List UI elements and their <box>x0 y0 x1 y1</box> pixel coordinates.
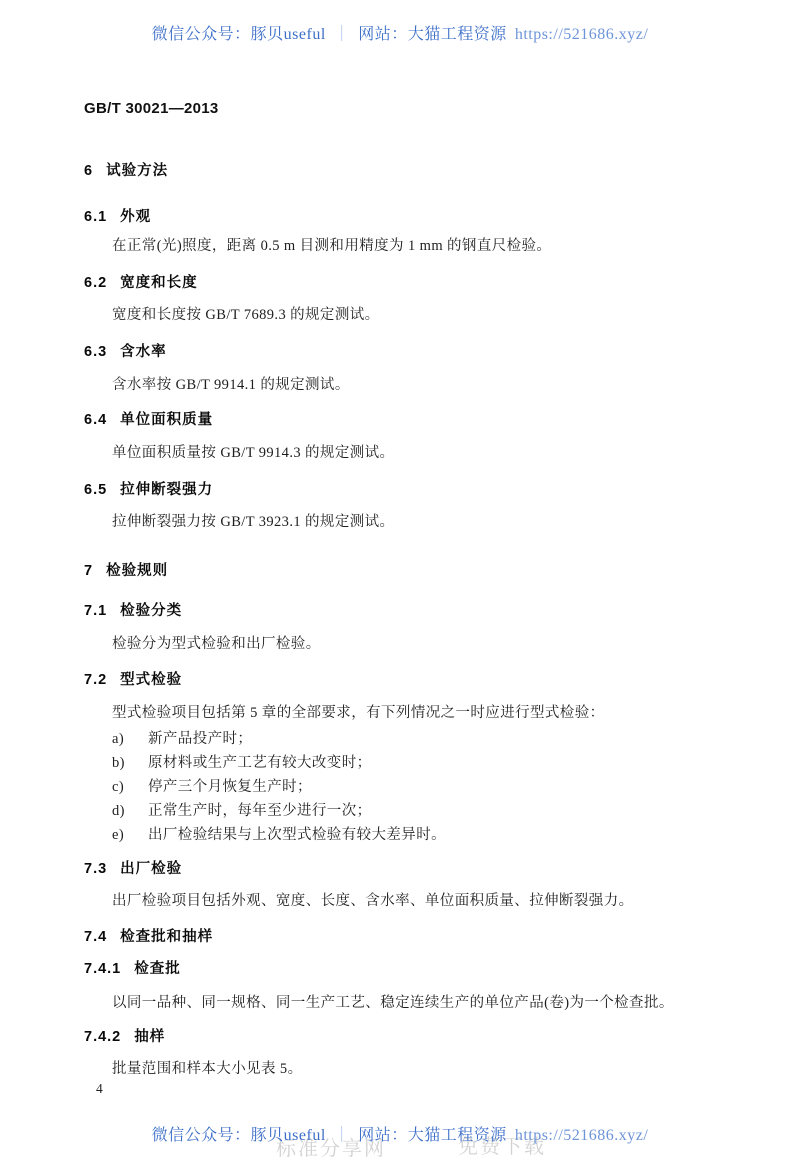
heading-6-4: 6.4单位面积质量 <box>84 408 213 429</box>
list-item-d: d)正常生产时，每年至少进行一次； <box>112 799 446 823</box>
list-item-e: e)出厂检验结果与上次型式检验有较大差异时。 <box>112 823 446 847</box>
heading-7-3: 7.3出厂检验 <box>84 857 182 878</box>
heading-number: 7.4.1 <box>84 961 121 977</box>
list-text: 正常生产时，每年至少进行一次； <box>148 803 372 819</box>
heading-title: 试验方法 <box>106 163 168 179</box>
heading-number: 6.2 <box>84 275 107 291</box>
paragraph-7-1: 检验分为型式检验和出厂检验。 <box>112 632 321 653</box>
list-text: 原材料或生产工艺有较大改变时； <box>148 755 372 771</box>
list-item-b: b)原材料或生产工艺有较大改变时； <box>112 751 446 775</box>
heading-6-5: 6.5拉伸断裂强力 <box>84 478 213 499</box>
heading-title: 含水率 <box>120 344 167 360</box>
heading-number: 6.4 <box>84 412 107 428</box>
page-footer: 微信公众号：豚贝useful｜网站：大猫工程资源https://521686.x… <box>0 1122 800 1145</box>
list-text: 出厂检验结果与上次型式检验有较大差异时。 <box>148 827 446 843</box>
standard-number: GB/T 30021—2013 <box>84 100 219 117</box>
footer-site-url: https://521686.xyz/ <box>515 1127 649 1144</box>
list-marker: a) <box>112 727 148 751</box>
list-marker: c) <box>112 775 148 799</box>
heading-title: 检查批 <box>134 961 181 977</box>
heading-title: 单位面积质量 <box>120 412 213 428</box>
heading-6: 6试验方法 <box>84 159 168 180</box>
heading-7-2: 7.2型式检验 <box>84 668 182 689</box>
heading-7-4: 7.4检查批和抽样 <box>84 925 213 946</box>
heading-title: 出厂检验 <box>120 861 182 877</box>
list-item-c: c)停产三个月恢复生产时； <box>112 775 446 799</box>
heading-title: 拉伸断裂强力 <box>120 482 213 498</box>
heading-title: 检验分类 <box>120 603 182 619</box>
heading-number: 6 <box>84 163 93 179</box>
heading-title: 抽样 <box>134 1029 165 1045</box>
list-marker: d) <box>112 799 148 823</box>
heading-number: 6.5 <box>84 482 107 498</box>
page-number: 4 <box>96 1081 103 1097</box>
header-site-url: https://521686.xyz/ <box>515 26 649 43</box>
paragraph-6-1: 在正常(光)照度，距离 0.5 m 目测和用精度为 1 mm 的钢直尺检验。 <box>112 234 551 255</box>
heading-6-2: 6.2宽度和长度 <box>84 271 198 292</box>
list-text: 新产品投产时； <box>148 731 252 747</box>
paragraph-6-3: 含水率按 GB/T 9914.1 的规定测试。 <box>112 373 350 394</box>
footer-site-text: 网站：大猫工程资源 <box>358 1127 507 1144</box>
heading-number: 7.4.2 <box>84 1029 121 1045</box>
heading-7-4-1: 7.4.1检查批 <box>84 957 181 978</box>
header-wechat-text: 微信公众号：豚贝useful <box>152 26 326 43</box>
type-test-conditions-list: a)新产品投产时； b)原材料或生产工艺有较大改变时； c)停产三个月恢复生产时… <box>112 727 446 847</box>
list-text: 停产三个月恢复生产时； <box>148 779 312 795</box>
page-header: 微信公众号：豚贝useful｜网站：大猫工程资源https://521686.x… <box>0 21 800 44</box>
heading-7-4-2: 7.4.2抽样 <box>84 1025 165 1046</box>
heading-title: 宽度和长度 <box>120 275 198 291</box>
paragraph-7-4-2: 批量范围和样本大小见表 5。 <box>112 1057 302 1078</box>
heading-title: 检验规则 <box>106 563 168 579</box>
heading-number: 6.3 <box>84 344 107 360</box>
heading-7-1: 7.1检验分类 <box>84 599 182 620</box>
list-marker: b) <box>112 751 148 775</box>
footer-separator: ｜ <box>334 1127 351 1144</box>
heading-title: 型式检验 <box>120 672 182 688</box>
heading-number: 7.1 <box>84 603 107 619</box>
list-marker: e) <box>112 823 148 847</box>
heading-number: 6.1 <box>84 209 107 225</box>
header-site-text: 网站：大猫工程资源 <box>358 26 507 43</box>
heading-6-1: 6.1外观 <box>84 205 151 226</box>
heading-title: 外观 <box>120 209 151 225</box>
paragraph-7-3: 出厂检验项目包括外观、宽度、长度、含水率、单位面积质量、拉伸断裂强力。 <box>112 889 634 910</box>
list-item-a: a)新产品投产时； <box>112 727 446 751</box>
header-separator: ｜ <box>334 26 351 43</box>
heading-7: 7检验规则 <box>84 559 168 580</box>
footer-wechat-text: 微信公众号：豚贝useful <box>152 1127 326 1144</box>
heading-number: 7.2 <box>84 672 107 688</box>
paragraph-6-2: 宽度和长度按 GB/T 7689.3 的规定测试。 <box>112 303 380 324</box>
heading-6-3: 6.3含水率 <box>84 340 167 361</box>
heading-number: 7 <box>84 563 93 579</box>
heading-title: 检查批和抽样 <box>120 929 213 945</box>
document-page: 微信公众号：豚贝useful｜网站：大猫工程资源https://521686.x… <box>0 0 800 1173</box>
paragraph-6-4: 单位面积质量按 GB/T 9914.3 的规定测试。 <box>112 441 394 462</box>
paragraph-7-2: 型式检验项目包括第 5 章的全部要求，有下列情况之一时应进行型式检验： <box>112 701 605 722</box>
heading-number: 7.4 <box>84 929 107 945</box>
paragraph-6-5: 拉伸断裂强力按 GB/T 3923.1 的规定测试。 <box>112 510 394 531</box>
paragraph-7-4-1: 以同一品种、同一规格、同一生产工艺、稳定连续生产的单位产品(卷)为一个检查批。 <box>112 991 674 1012</box>
heading-number: 7.3 <box>84 861 107 877</box>
